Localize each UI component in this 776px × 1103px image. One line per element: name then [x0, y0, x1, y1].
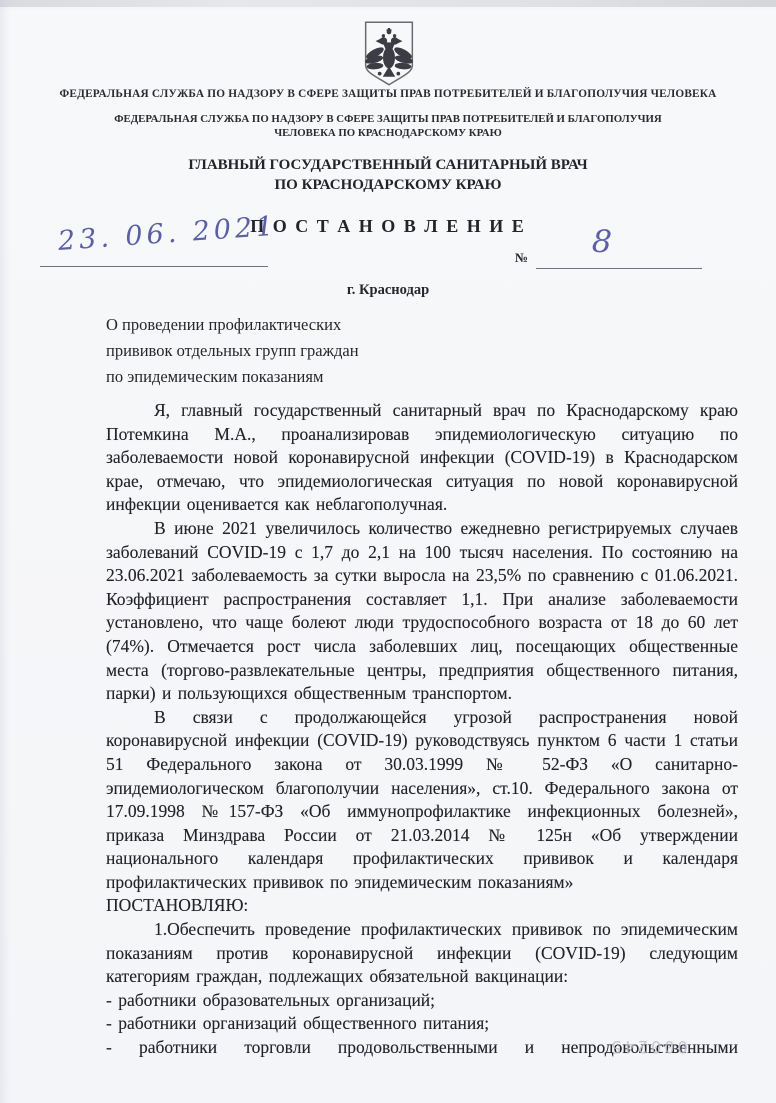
subject-line: О проведении профилактических: [106, 312, 526, 338]
body-paragraph: Я, главный государственный санитарный вр…: [106, 399, 738, 517]
authority-title-line1: ГЛАВНЫЙ ГОСУДАРСТВЕННЫЙ САНИТАРНЫЙ ВРАЧ: [0, 155, 776, 175]
subject-block: О проведении профилактическихпрививок от…: [106, 312, 526, 390]
body-paragraph: - работники образовательных организаций;: [106, 989, 738, 1013]
date-underline: [40, 266, 268, 267]
authority-title: ГЛАВНЫЙ ГОСУДАРСТВЕННЫЙ САНИТАРНЫЙ ВРАЧ …: [0, 155, 776, 195]
authority-title-line2: ПО КРАСНОДАРСКОМУ КРАЮ: [0, 175, 776, 195]
subject-line: по эпидемическим показаниям: [106, 364, 526, 390]
scanned-decree-page: ФЕДЕРАЛЬНАЯ СЛУЖБА ПО НАДЗОРУ В СФЕРЕ ЗА…: [0, 0, 776, 1103]
number-label: №: [515, 250, 528, 266]
body-paragraph: В связи с продолжающейся угрозой распрос…: [106, 706, 738, 895]
russia-coat-of-arms-icon: [361, 20, 417, 88]
city-line: г. Краснодар: [0, 282, 776, 299]
subject-line: прививок отдельных групп граждан: [106, 338, 526, 364]
body-paragraph: В июне 2021 увеличилось количество ежедн…: [106, 517, 738, 706]
body-paragraph: ПОСТАНОВЛЯЮ:: [106, 894, 738, 918]
document-body: Я, главный государственный санитарный вр…: [106, 399, 738, 1060]
regional-service-title: ФЕДЕРАЛЬНАЯ СЛУЖБА ПО НАДЗОРУ В СФЕРЕ ЗА…: [88, 113, 688, 140]
number-underline: [536, 268, 702, 269]
body-paragraph: - работники организаций общественного пи…: [106, 1012, 738, 1036]
body-paragraph: 1.Обеспечить проведение профилактических…: [106, 918, 738, 989]
federal-service-title: ФЕДЕРАЛЬНАЯ СЛУЖБА ПО НАДЗОРУ В СФЕРЕ ЗА…: [0, 88, 776, 100]
scan-top-edge-artifact: [0, 0, 776, 7]
stamp-page-number: 000245: [598, 1036, 698, 1056]
handwritten-number: 8: [591, 224, 613, 261]
